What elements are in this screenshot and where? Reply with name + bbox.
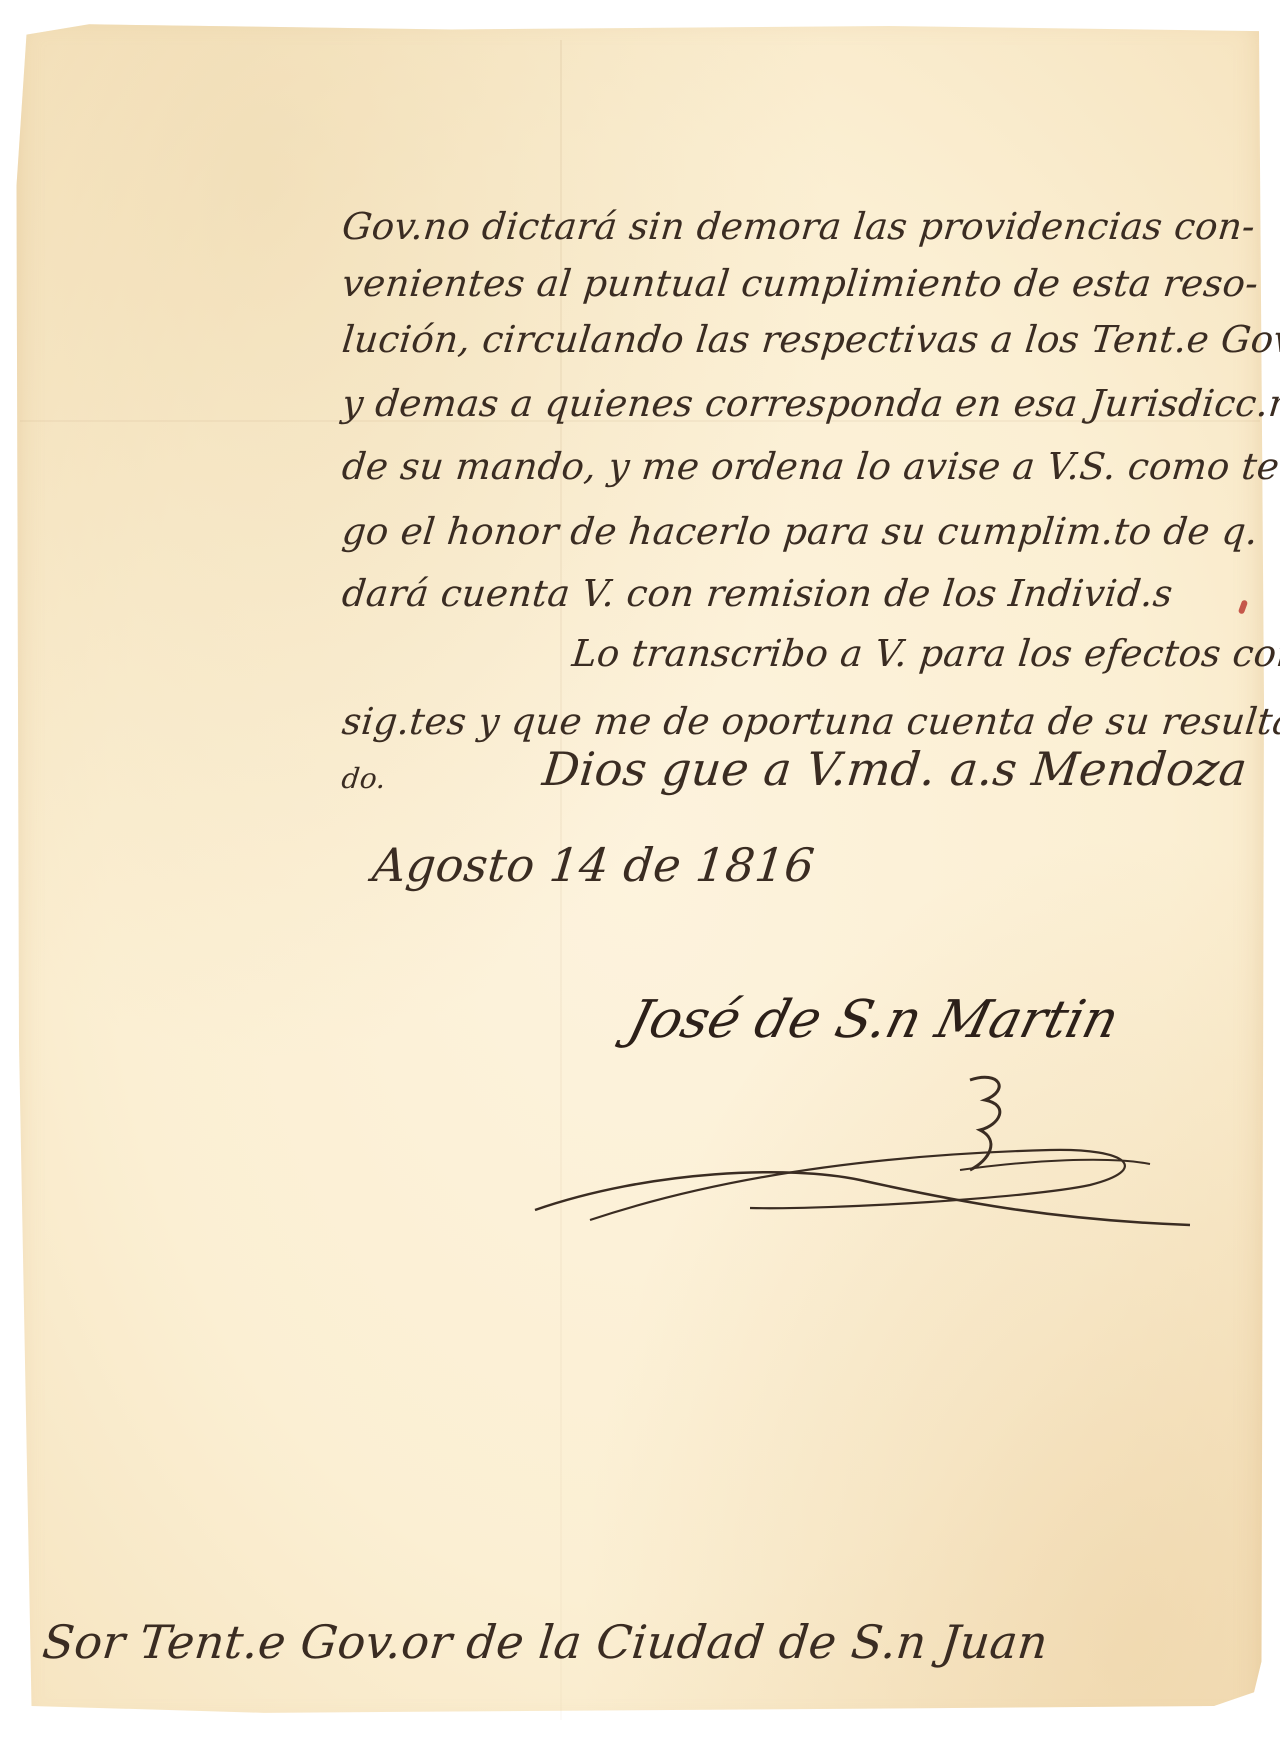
date-line: Agosto 14 de 1816 [370, 838, 817, 892]
body-line-1: Gov.no dictará sin demora las providenci… [340, 205, 1257, 248]
body-line-10: do. [340, 762, 388, 795]
body-line-9: sig.tes y que me de oportuna cuenta de s… [340, 700, 1280, 743]
body-line-8: Lo transcribo a V. para los efectos con- [570, 632, 1280, 675]
body-line-6: go el honor de hacerlo para su cumplim.t… [340, 510, 1260, 553]
body-line-5: de su mando, y me ordena lo avise a V.S.… [340, 445, 1280, 488]
signature-flourish [530, 1060, 1210, 1240]
body-line-7: dará cuenta V. con remision de los Indiv… [340, 572, 1175, 615]
addressee-line: Sor Tent.e Gov.or de la Ciudad de S.n Ju… [40, 1615, 1051, 1669]
signature: José de S.n Martin [623, 990, 1125, 1050]
body-line-2: venientes al puntual cumplimiento de est… [340, 262, 1260, 305]
body-line-4: y demas a quienes corresponda en esa Jur… [340, 382, 1280, 425]
closing-line: Dios gue a V.md. a.s Mendoza [540, 742, 1250, 796]
body-line-3: lución, circulando las respectivas a los… [340, 318, 1280, 361]
